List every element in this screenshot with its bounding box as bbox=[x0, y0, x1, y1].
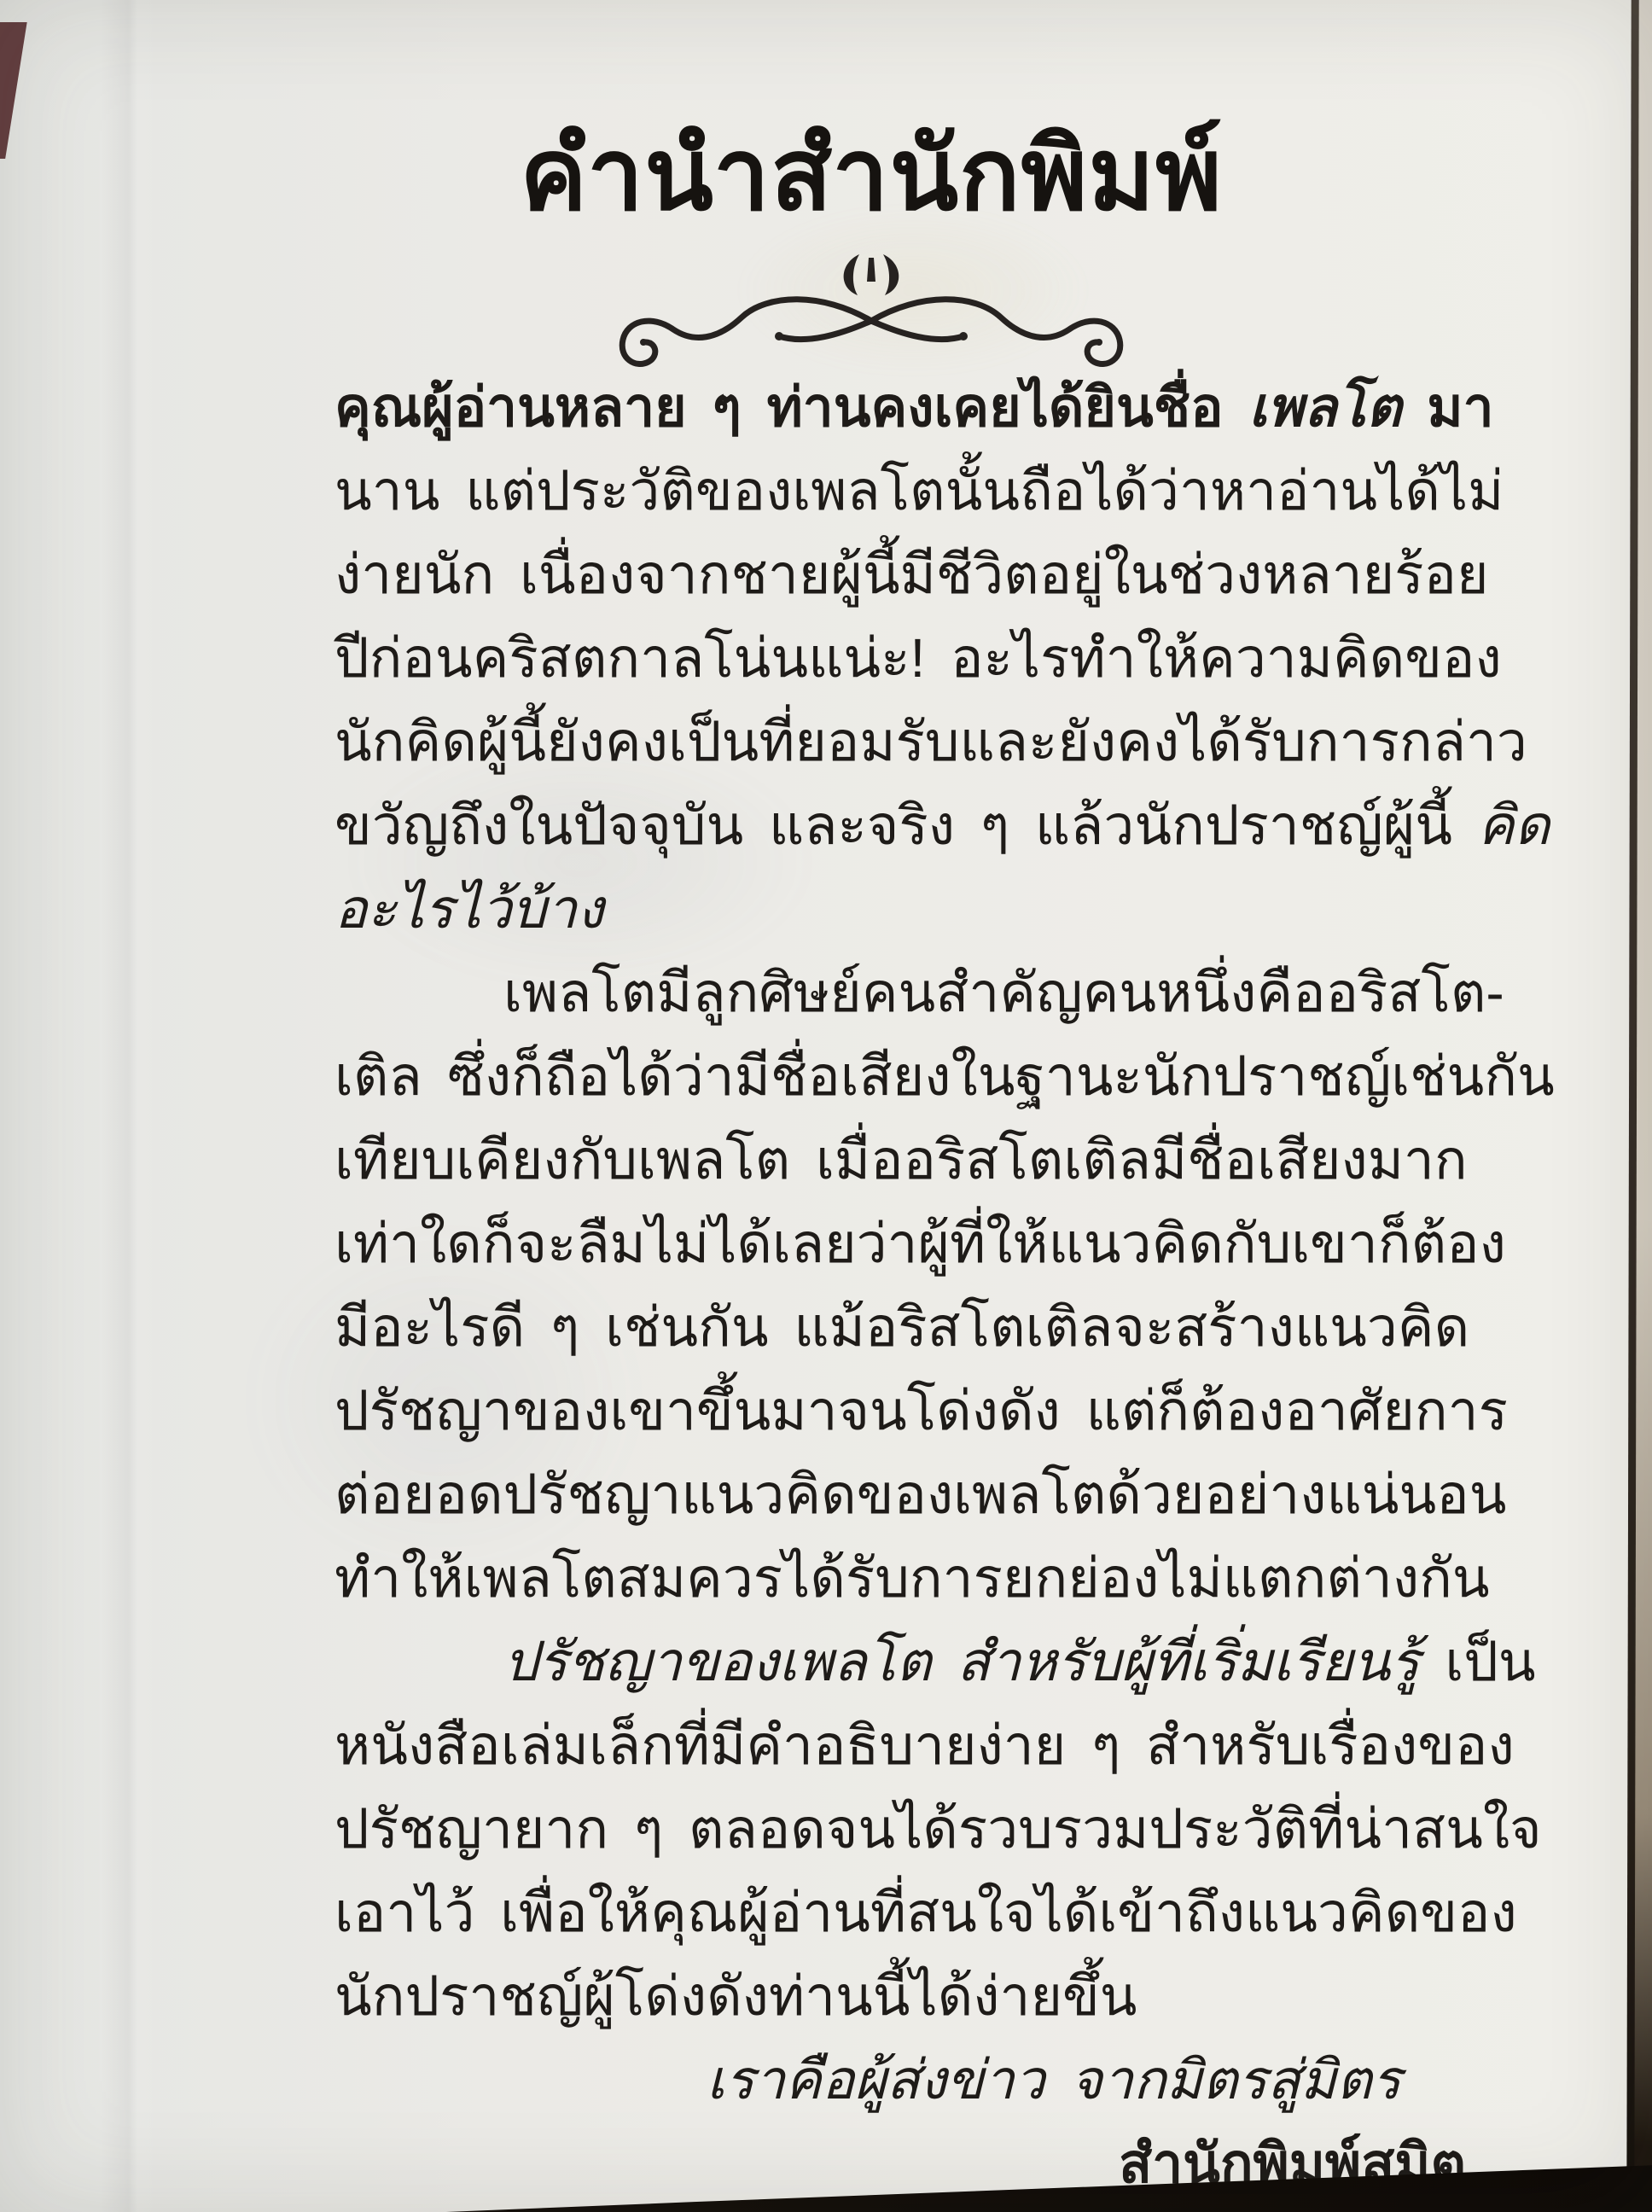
text-segment: ต่อยอดปรัชญาแนวคิดของเพลโตด้วยอย่างแน่นอ… bbox=[334, 1464, 1506, 1525]
page-gutter-crease bbox=[101, 0, 162, 2212]
para2-line2: เติล ซึ่งก็ถือได้ว่ามีชื่อเสียงในฐานะนัก… bbox=[334, 1034, 1408, 1118]
text-segment: คิด bbox=[1478, 795, 1550, 856]
para3-line1: ปรัชญาของเพลโต สำหรับผู้ที่เริ่มเรียนรู้… bbox=[334, 1620, 1408, 1703]
para2-line1: เพลโตมีลูกศิษย์คนสำคัญคนหนึ่งคืออริสโต- bbox=[334, 951, 1408, 1034]
preface-page-content: คำนำสำนักพิมพ์ คุณผู้อ่านห bbox=[334, 0, 1408, 374]
text-segment: นาน แต่ประวัติของเพลโตนั้นถือได้ว่าหาอ่า… bbox=[334, 460, 1504, 521]
text-segment: เป็น bbox=[1420, 1631, 1536, 1692]
para3-line2: หนังสือเล่มเล็กที่มีคำอธิบายง่าย ๆ สำหรั… bbox=[334, 1703, 1408, 1787]
text-segment: มีอะไรดี ๆ เช่นกัน แม้อริสโตเติลจะสร้างแ… bbox=[334, 1296, 1469, 1358]
text-segment: ปรัชญาของเขาขึ้นมาจนโด่งดัง แต่ก็ต้องอาศ… bbox=[334, 1380, 1508, 1441]
para1-line6: ขวัญถึงในปัจจุบัน และจริง ๆ แล้วนักปราชญ… bbox=[334, 783, 1408, 867]
para1-line2: นาน แต่ประวัติของเพลโตนั้นถือได้ว่าหาอ่า… bbox=[334, 449, 1408, 533]
text-segment: ทำให้เพลโตสมควรได้รับการยกย่องไม่แตกต่าง… bbox=[334, 1547, 1490, 1609]
para2-line6: ปรัชญาของเขาขึ้นมาจนโด่งดัง แต่ก็ต้องอาศ… bbox=[334, 1369, 1408, 1452]
text-segment: เติล ซึ่งก็ถือได้ว่ามีชื่อเสียงในฐานะนัก… bbox=[334, 1045, 1555, 1107]
para3-line4: เอาไว้ เพื่อให้คุณผู้อ่านที่สนใจได้เข้าถ… bbox=[334, 1871, 1408, 1954]
text-segment: เทียบเคียงกับเพลโต เมื่ออริสโตเติลมีชื่อ… bbox=[334, 1129, 1468, 1190]
para1-line5: นักคิดผู้นี้ยังคงเป็นที่ยอมรับและยังคงได… bbox=[334, 700, 1408, 783]
text-segment: อะไรไว้บ้าง bbox=[334, 878, 603, 940]
para2-line8: ทำให้เพลโตสมควรได้รับการยกย่องไม่แตกต่าง… bbox=[334, 1536, 1408, 1620]
text-segment: คุณผู้อ่านหลาย ๆ ท่านคงเคยได้ยินชื่อ bbox=[334, 376, 1248, 438]
para3-line3: ปรัชญายาก ๆ ตลอดจนได้รวบรวมประวัติที่น่า… bbox=[334, 1787, 1408, 1871]
text-segment: เอาไว้ เพื่อให้คุณผู้อ่านที่สนใจได้เข้าถ… bbox=[334, 1882, 1517, 1943]
para2-line5: มีอะไรดี ๆ เช่นกัน แม้อริสโตเติลจะสร้างแ… bbox=[334, 1285, 1408, 1369]
text-segment: เราคือผู้ส่งข่าว จากมิตรสู่มิตร bbox=[707, 2049, 1401, 2110]
preface-text-block: คุณผู้อ่านหลาย ๆ ท่านคงเคยได้ยินชื่อ เพล… bbox=[334, 365, 1408, 2205]
para3-line5: นักปราชญ์ผู้โด่งดังท่านนี้ได้ง่ายขึ้น bbox=[334, 1954, 1408, 2038]
page-title: คำนำสำนักพิมพ์ bbox=[334, 118, 1408, 234]
para1-line1: คุณผู้อ่านหลาย ๆ ท่านคงเคยได้ยินชื่อ เพล… bbox=[334, 365, 1408, 449]
text-segment: ปรัชญาของเพลโต สำหรับผู้ที่เริ่มเรียนรู้ bbox=[503, 1631, 1420, 1692]
para2-line3: เทียบเคียงกับเพลโต เมื่ออริสโตเติลมีชื่อ… bbox=[334, 1118, 1408, 1202]
para2-line7: ต่อยอดปรัชญาแนวคิดของเพลโตด้วยอย่างแน่นอ… bbox=[334, 1452, 1408, 1536]
text-segment: นักคิดผู้นี้ยังคงเป็นที่ยอมรับและยังคงได… bbox=[334, 711, 1527, 772]
para1-line4: ปีก่อนคริสตกาลโน่นแน่ะ! อะไรทำให้ความคิด… bbox=[334, 616, 1408, 700]
text-segment: ปรัชญายาก ๆ ตลอดจนได้รวบรวมประวัติที่น่า… bbox=[334, 1798, 1542, 1860]
text-segment: ง่ายนัก เนื่องจากชายผู้นี้มีชีวิตอยู่ในช… bbox=[334, 544, 1488, 605]
para1-line3: ง่ายนัก เนื่องจากชายผู้นี้มีชีวิตอยู่ในช… bbox=[334, 533, 1408, 616]
text-segment: เท่าใดก็จะลืมไม่ได้เลยว่าผู้ที่ให้แนวคิด… bbox=[334, 1213, 1506, 1274]
flourish-swash-icon bbox=[598, 246, 1144, 374]
book-cover-corner-peek bbox=[0, 22, 38, 159]
text-segment: นักปราชญ์ผู้โด่งดังท่านนี้ได้ง่ายขึ้น bbox=[334, 1965, 1137, 2027]
text-segment: ปีก่อนคริสตกาลโน่นแน่ะ! อะไรทำให้ความคิด… bbox=[334, 627, 1502, 689]
text-segment: เพลโตมีลูกศิษย์คนสำคัญคนหนึ่งคืออริสโต- bbox=[503, 962, 1504, 1023]
flourish-divider bbox=[334, 246, 1408, 374]
text-segment: เพลโต bbox=[1248, 376, 1401, 438]
para1-line7: อะไรไว้บ้าง bbox=[334, 867, 1408, 951]
book-page-photo: { "page": { "kind": "book-preface-page",… bbox=[0, 0, 1652, 2212]
para2-line4: เท่าใดก็จะลืมไม่ได้เลยว่าผู้ที่ให้แนวคิด… bbox=[334, 1202, 1408, 1285]
text-segment: มา bbox=[1402, 376, 1494, 438]
text-segment: หนังสือเล่มเล็กที่มีคำอธิบายง่าย ๆ สำหรั… bbox=[334, 1714, 1515, 1776]
text-segment: ขวัญถึงในปัจจุบัน และจริง ๆ แล้วนักปราชญ… bbox=[334, 795, 1478, 856]
publisher-tagline: เราคือผู้ส่งข่าว จากมิตรสู่มิตร bbox=[334, 2038, 1401, 2122]
